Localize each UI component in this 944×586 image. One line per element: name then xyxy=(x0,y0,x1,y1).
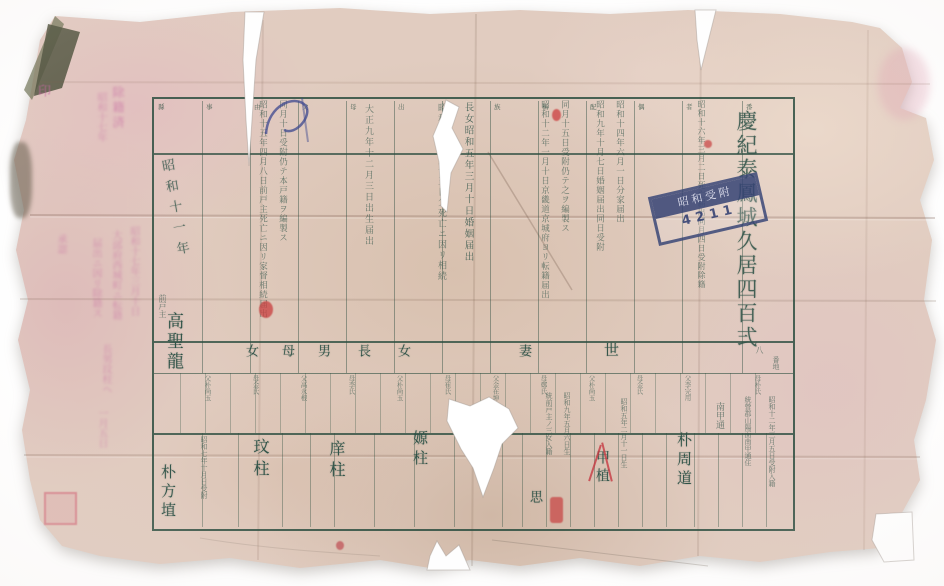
photo-of-family-register-document: 縣 事 由 父 母 出 生 族 稱 配 偶 者 番 昭和十一年 昭和十五年四月八… xyxy=(0,0,944,586)
paper-tears xyxy=(0,0,944,586)
